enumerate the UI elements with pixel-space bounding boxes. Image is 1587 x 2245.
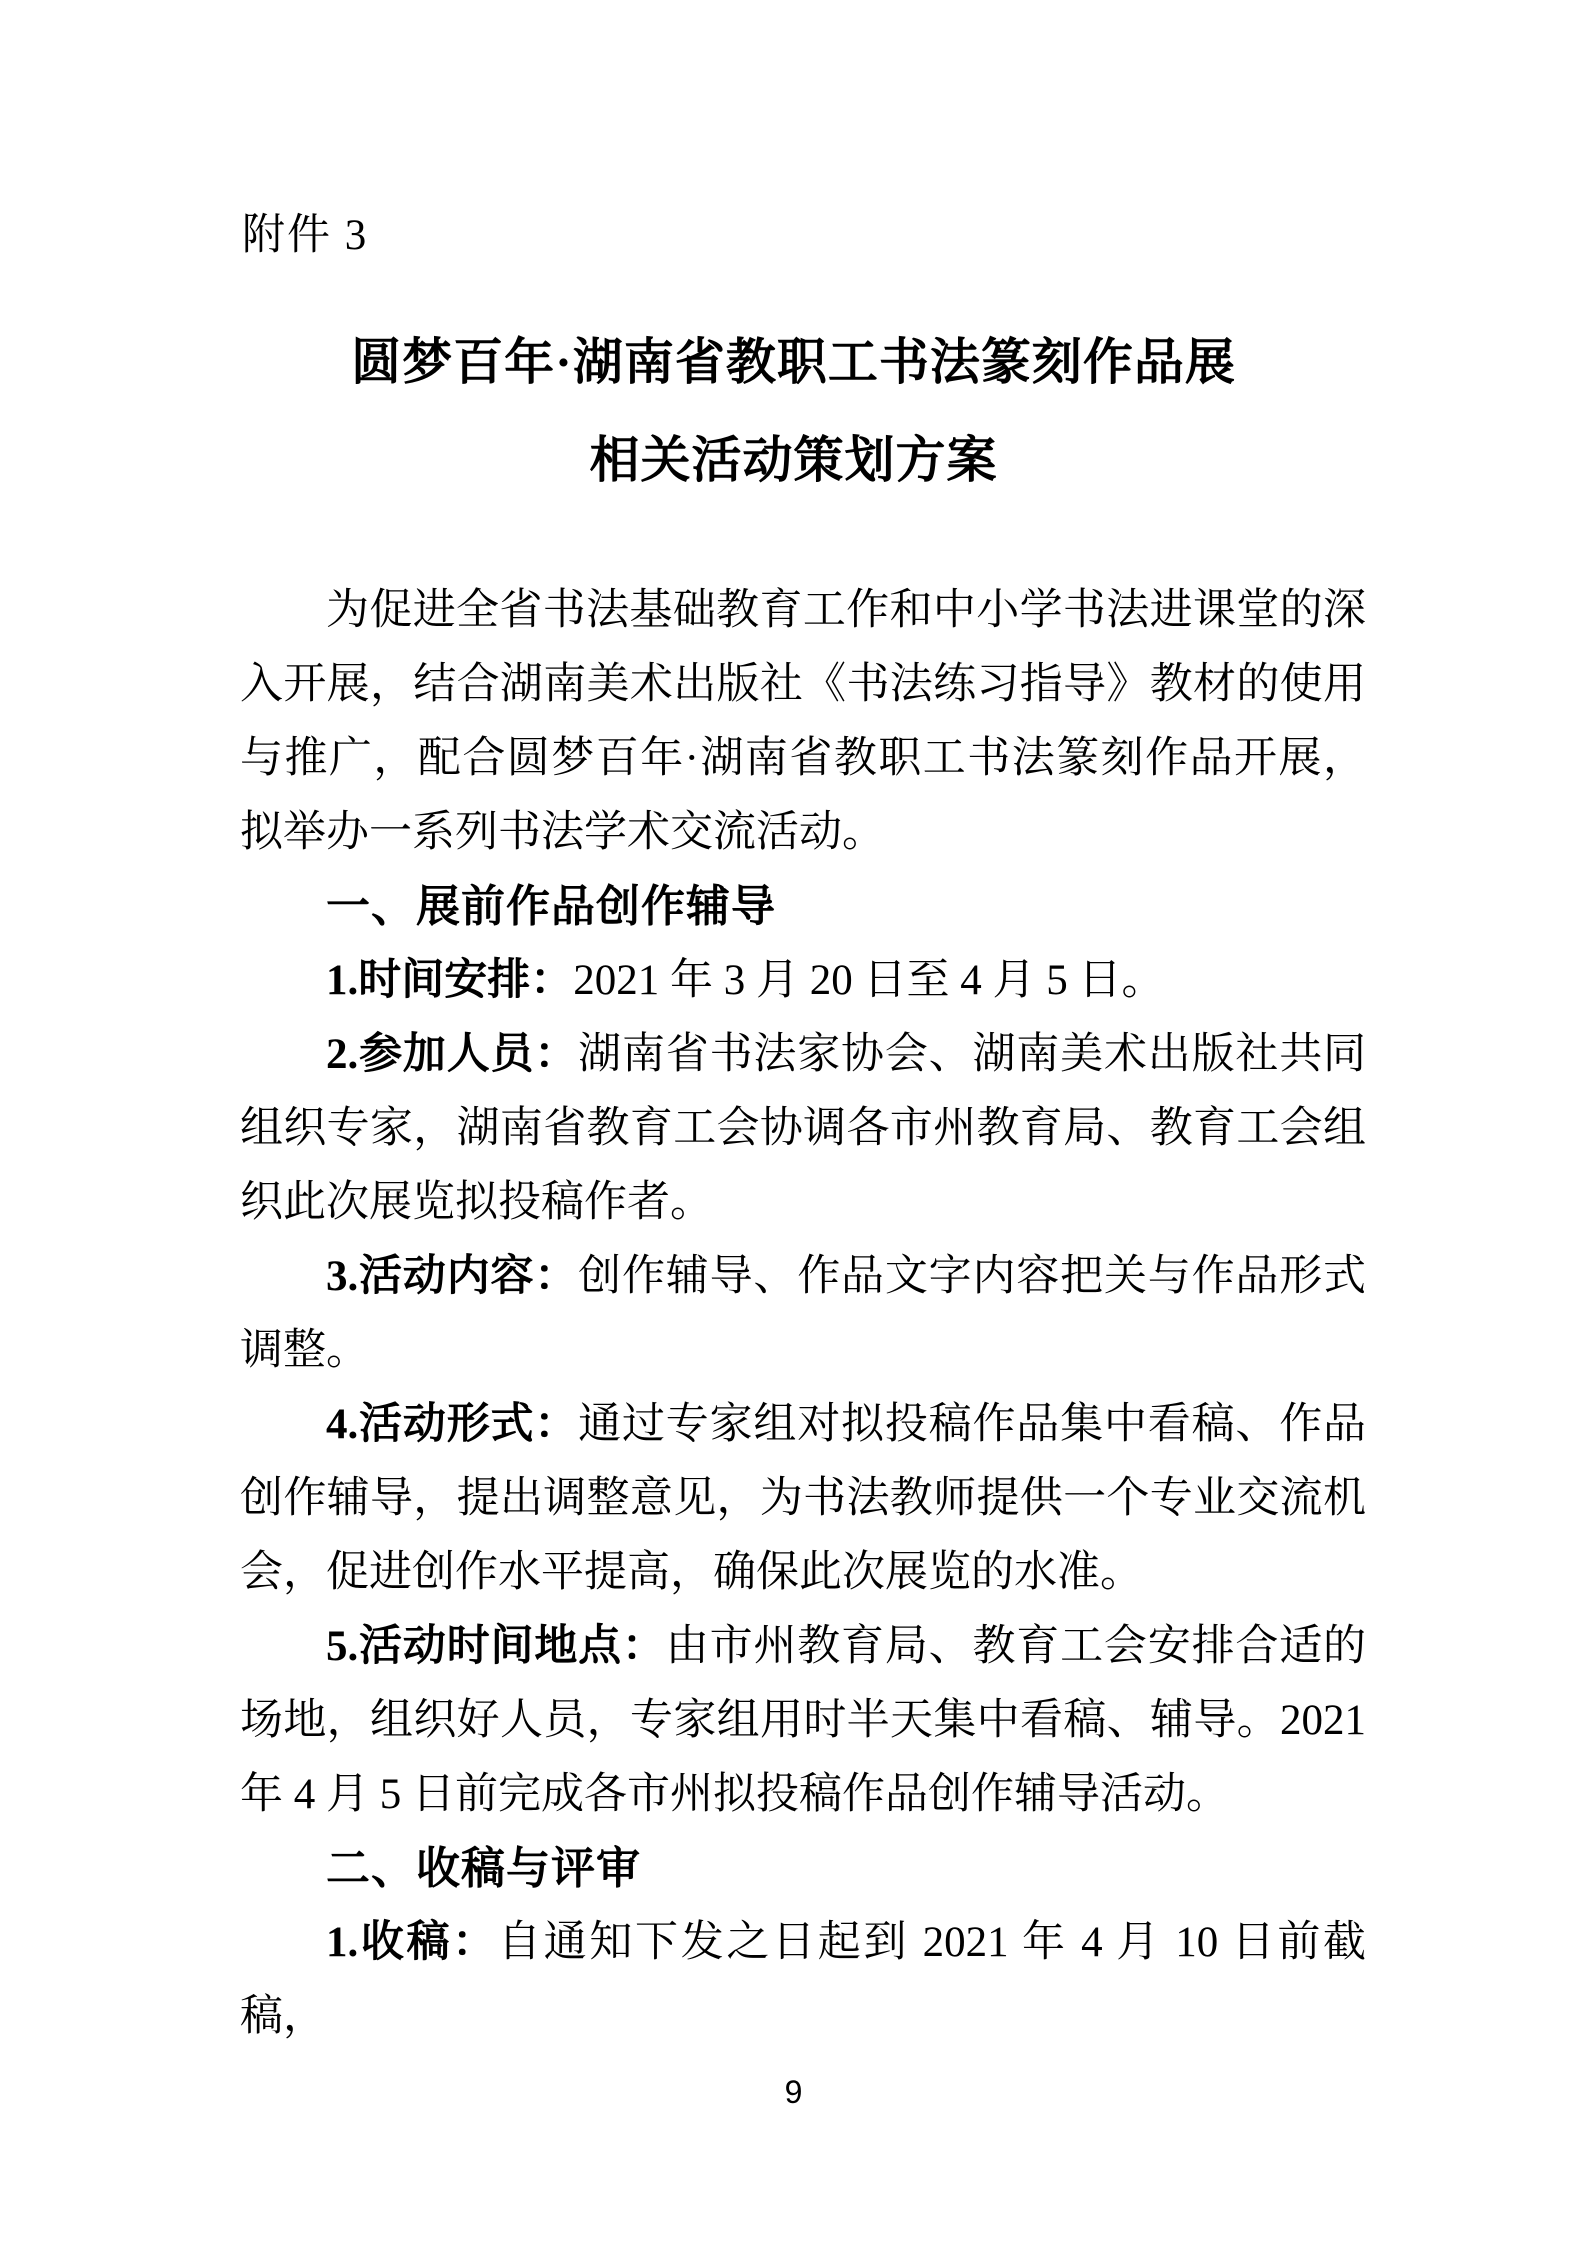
section-heading: 一、展前作品创作辅导: [240, 870, 1366, 944]
paragraph: 1.收稿：自通知下发之日起到 2021 年 4 月 10 日前截稿，: [240, 1906, 1366, 2054]
paragraph: 4.活动形式：通过专家组对拟投稿作品集中看稿、作品创作辅导，提出调整意见，为书法…: [240, 1388, 1366, 1610]
item-label: 4.活动形式：: [326, 1401, 578, 1448]
paragraph: 3.活动内容：创作辅导、作品文字内容把关与作品形式调整。: [240, 1240, 1366, 1388]
section-heading: 二、收稿与评审: [240, 1832, 1366, 1906]
item-label: 5.活动时间地点：: [326, 1623, 666, 1670]
page-number: 9: [0, 2074, 1587, 2110]
item-label: 3.活动内容：: [326, 1253, 578, 1300]
item-label: 1.收稿：: [326, 1919, 498, 1966]
document-title: 圆梦百年·湖南省教职工书法篆刻作品展 相关活动策划方案: [0, 313, 1587, 509]
item-label: 1.时间安排：: [326, 957, 573, 1004]
document-title-line2: 相关活动策划方案: [0, 411, 1587, 509]
document-body: 为促进全省书法基础教育工作和中小学书法进课堂的深入开展，结合湖南美术出版社《书法…: [240, 574, 1366, 2054]
document-page: 附件 3 圆梦百年·湖南省教职工书法篆刻作品展 相关活动策划方案 为促进全省书法…: [0, 0, 1587, 2245]
document-title-line1: 圆梦百年·湖南省教职工书法篆刻作品展: [0, 313, 1587, 411]
paragraph: 为促进全省书法基础教育工作和中小学书法进课堂的深入开展，结合湖南美术出版社《书法…: [240, 574, 1366, 870]
attachment-label: 附件 3: [242, 213, 368, 259]
paragraph: 5.活动时间地点：由市州教育局、教育工会安排合适的场地，组织好人员，专家组用时半…: [240, 1610, 1366, 1832]
paragraph: 2.参加人员：湖南省书法家协会、湖南美术出版社共同组织专家，湖南省教育工会协调各…: [240, 1018, 1366, 1240]
item-label: 2.参加人员：: [326, 1031, 578, 1078]
paragraph: 1.时间安排：2021 年 3 月 20 日至 4 月 5 日。: [240, 944, 1366, 1018]
